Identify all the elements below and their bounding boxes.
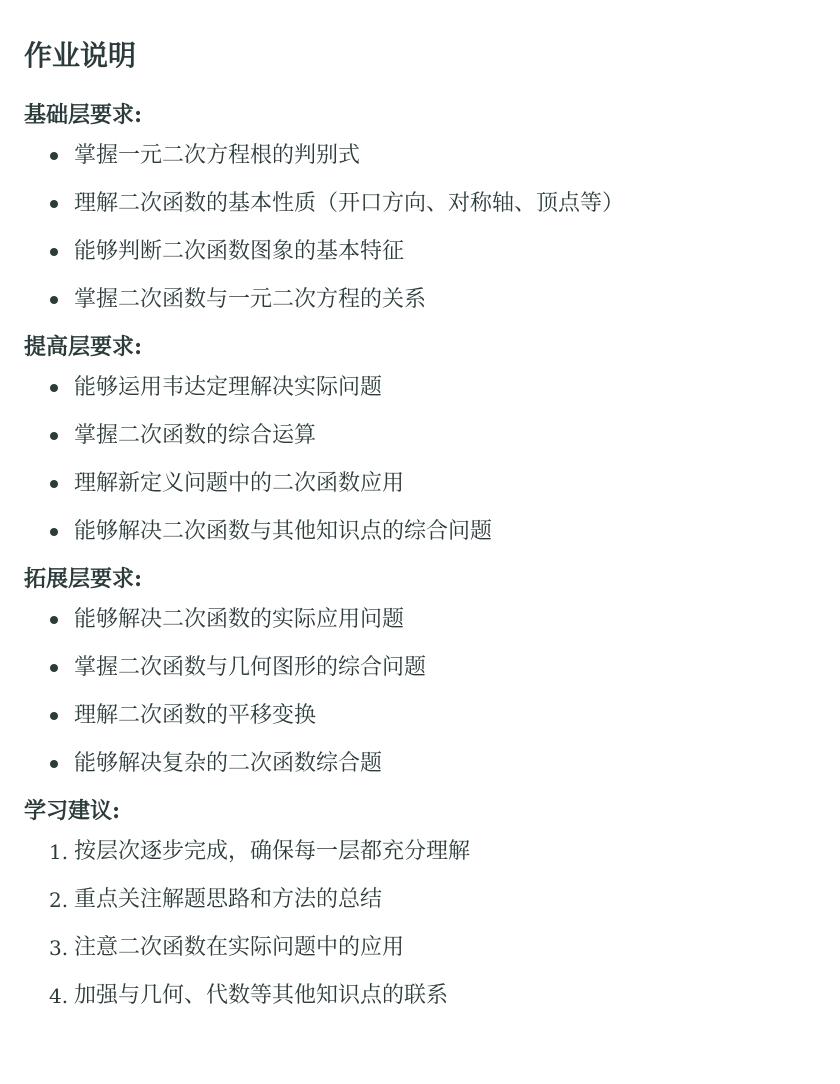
bullet-icon <box>50 384 58 392</box>
bullet-icon <box>50 760 58 768</box>
bullet-icon <box>50 712 58 720</box>
bullet-icon <box>50 480 58 488</box>
bullet-icon <box>50 528 58 536</box>
section-heading: 提高层要求: <box>24 330 840 364</box>
document: 作业说明 基础层要求: 掌握一元二次方程根的判别式 理解二次函数的基本性质（开口… <box>0 0 840 1020</box>
list-item: 能够判断二次函数图象的基本特征 <box>24 228 840 276</box>
list-item: 理解二次函数的平移变换 <box>24 692 840 740</box>
bullet-icon <box>50 200 58 208</box>
list-item: 掌握一元二次方程根的判别式 <box>24 132 840 180</box>
requirement-list: 掌握一元二次方程根的判别式 理解二次函数的基本性质（开口方向、对称轴、顶点等） … <box>24 132 840 324</box>
list-item: 能够解决二次函数与其他知识点的综合问题 <box>24 508 840 556</box>
bullet-icon <box>50 248 58 256</box>
bullet-icon <box>50 432 58 440</box>
list-item: 能够运用韦达定理解决实际问题 <box>24 364 840 412</box>
advice-list: 1.按层次逐步完成，确保每一层都充分理解 2.重点关注解题思路和方法的总结 3.… <box>24 828 840 1020</box>
list-item: 掌握二次函数的综合运算 <box>24 412 840 460</box>
list-item: 1.按层次逐步完成，确保每一层都充分理解 <box>24 828 840 876</box>
list-item: 2.重点关注解题思路和方法的总结 <box>24 876 840 924</box>
list-item: 理解新定义问题中的二次函数应用 <box>24 460 840 508</box>
bullet-icon <box>50 152 58 160</box>
list-item: 能够解决二次函数的实际应用问题 <box>24 596 840 644</box>
requirement-list: 能够解决二次函数的实际应用问题 掌握二次函数与几何图形的综合问题 理解二次函数的… <box>24 596 840 788</box>
section-extended: 拓展层要求: 能够解决二次函数的实际应用问题 掌握二次函数与几何图形的综合问题 … <box>24 562 840 788</box>
list-item: 能够解决复杂的二次函数综合题 <box>24 740 840 788</box>
section-heading: 学习建议: <box>24 794 840 828</box>
bullet-icon <box>50 616 58 624</box>
list-item: 4.加强与几何、代数等其他知识点的联系 <box>24 972 840 1020</box>
page-title: 作业说明 <box>24 36 840 76</box>
section-advice: 学习建议: 1.按层次逐步完成，确保每一层都充分理解 2.重点关注解题思路和方法… <box>24 794 840 1020</box>
bullet-icon <box>50 664 58 672</box>
list-item: 3.注意二次函数在实际问题中的应用 <box>24 924 840 972</box>
list-item: 掌握二次函数与一元二次方程的关系 <box>24 276 840 324</box>
bullet-icon <box>50 296 58 304</box>
section-heading: 基础层要求: <box>24 98 840 132</box>
section-basic: 基础层要求: 掌握一元二次方程根的判别式 理解二次函数的基本性质（开口方向、对称… <box>24 98 840 324</box>
list-item: 掌握二次函数与几何图形的综合问题 <box>24 644 840 692</box>
requirement-list: 能够运用韦达定理解决实际问题 掌握二次函数的综合运算 理解新定义问题中的二次函数… <box>24 364 840 556</box>
section-heading: 拓展层要求: <box>24 562 840 596</box>
list-item: 理解二次函数的基本性质（开口方向、对称轴、顶点等） <box>24 180 840 228</box>
section-advanced: 提高层要求: 能够运用韦达定理解决实际问题 掌握二次函数的综合运算 理解新定义问… <box>24 330 840 556</box>
